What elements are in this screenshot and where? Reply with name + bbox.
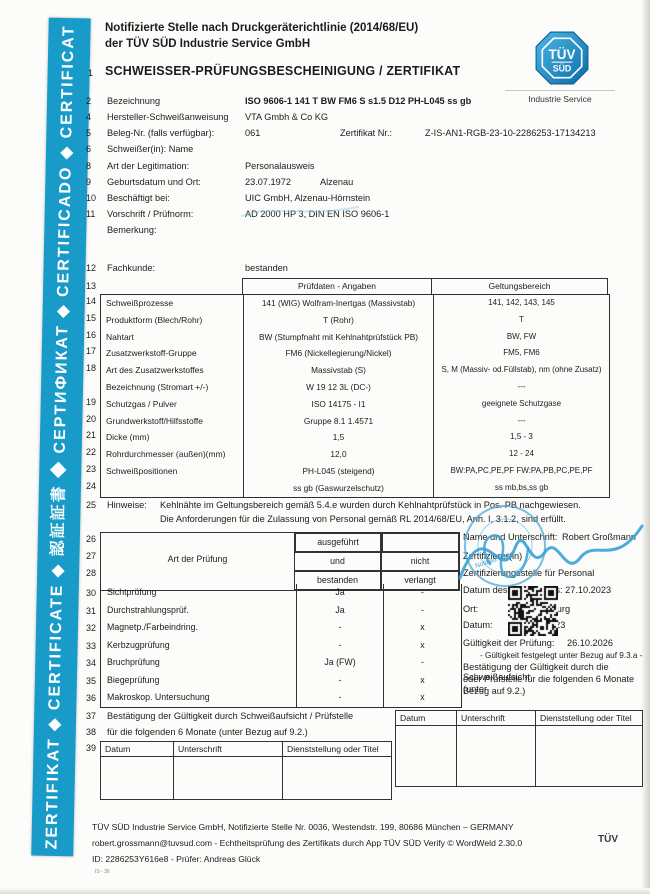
confirmation-table-right: Datum Unterschrift Dienststellung oder T… xyxy=(395,710,643,787)
table-cell: Gruppe 8.1 1.4571 xyxy=(243,413,433,430)
label-schweisser-name: Schweißer(in): Name xyxy=(107,144,193,154)
table-cell xyxy=(101,480,243,497)
row-no-36: 36 xyxy=(86,693,96,703)
table-cell: Bezeichnung (Stromart +/-) xyxy=(101,379,243,396)
row-no-26: 26 xyxy=(86,534,96,544)
value-validity: 26.10.2026 xyxy=(567,638,613,648)
row-no-25: 25 xyxy=(86,500,96,510)
table-cell: --- xyxy=(433,379,609,396)
label-beschaeftigt: Beschäftigt bei: xyxy=(107,193,170,203)
empty-cell xyxy=(536,726,643,787)
label-bezeichnung: Bezeichnung xyxy=(107,96,160,106)
empty-cell xyxy=(396,726,457,787)
empty-cell xyxy=(174,757,283,800)
row-no-20: 20 xyxy=(86,414,96,424)
row-no-33: 33 xyxy=(86,641,96,651)
main-table-header: Prüfdaten - Angaben Geltungsbereich xyxy=(242,278,608,295)
value-legitimation: Personalausweis xyxy=(245,161,314,171)
table-cell: Sichtprüfung xyxy=(101,584,296,602)
table-cell: Magnetp./Farbeindring. xyxy=(101,619,296,637)
confirmation-line1: Bestätigung der Gültigkeit durch Schweiß… xyxy=(107,711,353,721)
validity-row: Gültigkeit der Prüfung: 26.10.2026 xyxy=(463,638,613,648)
label-legitimation: Art der Legitimation: xyxy=(107,161,189,171)
table-cell: Ja xyxy=(296,602,383,620)
table-cell: Grundwerkstoff/Hilfsstoffe xyxy=(101,413,243,430)
signature-scribble xyxy=(460,526,642,578)
table-cell: PH-L045 (steigend) xyxy=(243,463,433,480)
tuv-sud-logo: TÜV SÜD xyxy=(534,30,590,86)
table-cell: Schweißprozesse xyxy=(101,295,243,312)
row-no-19: 19 xyxy=(86,397,96,407)
table-cell: 141 (WIG) Wolfram-Inertgas (Massivstab) xyxy=(243,295,433,312)
table-cell: Bruchprüfung xyxy=(101,654,296,672)
header-line: ausgeführt xyxy=(295,533,381,552)
row-no-5: 5 xyxy=(86,128,91,138)
row-no-6: 6 xyxy=(86,144,91,154)
table-cell: S, M (Massiv- od.Füllstab), nm (ohne Zus… xyxy=(433,362,609,379)
table-cell: FM6 (Nickellegierung/Nickel) xyxy=(243,345,433,362)
row-no-23: 23 xyxy=(86,464,96,474)
label-hinweise: Hinweise: xyxy=(107,500,147,510)
validity-note1: - Gültigkeit festgelegt unter Bezug auf … xyxy=(480,651,642,660)
ribbon-text: ZERTIFIKAT ◆ CERTIFICATE ◆ 認証証書 ◆ СЕРТИФ… xyxy=(31,18,91,857)
row-no-16: 16 xyxy=(86,330,96,340)
empty-cell xyxy=(101,757,174,800)
table-cell: FM5, FM6 xyxy=(433,345,609,362)
value-bezeichnung: ISO 9606-1 141 T BW FM6 S s1.5 D12 PH-L0… xyxy=(245,96,471,106)
col-header-art-der-pruefung: Art der Prüfung xyxy=(100,532,295,591)
table-cell: - xyxy=(296,637,383,655)
value-geburtsort: Alzenau xyxy=(320,177,353,187)
form-code: IS - 36 xyxy=(95,869,110,875)
table-cell: Biegeprüfung xyxy=(101,672,296,690)
table-cell: Durchstrahlungsprüf. xyxy=(101,602,296,620)
test-table-header: Art der Prüfung ausgeführt und bestanden… xyxy=(100,532,460,584)
table-cell: x xyxy=(383,619,461,637)
table-cell: BW:PA,PC,PE,PF FW:PA,PB,PC,PE,PF xyxy=(433,463,609,480)
row-no-39: 39 xyxy=(86,743,96,753)
row-no-17: 17 xyxy=(86,346,96,356)
label-hersteller: Hersteller-Schweißanweisung xyxy=(107,112,229,122)
table-cell: Rohrdurchmesser (außen)(mm) xyxy=(101,446,243,463)
row-no-22: 22 xyxy=(86,447,96,457)
row-no-38: 38 xyxy=(86,727,96,737)
logo-caption: Industrie Service xyxy=(505,94,615,104)
row-no-4: 4 xyxy=(86,112,91,122)
scan-edge-bottom xyxy=(0,888,650,894)
row-no-28: 28 xyxy=(86,568,96,578)
label-bemerkung: Bemerkung: xyxy=(107,225,157,235)
confirmation-line2: für die folgenden 6 Monate (unter Bezug … xyxy=(107,727,308,737)
row-no-15: 15 xyxy=(86,313,96,323)
table-cell: x xyxy=(383,689,461,707)
table-cell: 141, 142, 143, 145 xyxy=(433,295,609,312)
empty-cell xyxy=(283,757,392,800)
col-header-geltungsbereich: Geltungsbereich xyxy=(432,278,608,295)
col-header-datum: Datum xyxy=(101,742,174,757)
row-no-27: 27 xyxy=(86,551,96,561)
table-cell: Nahtart xyxy=(101,329,243,346)
table-cell: ISO 14175 - I1 xyxy=(243,396,433,413)
table-cell: 12 - 24 xyxy=(433,446,609,463)
label-validity: Gültigkeit der Prüfung: xyxy=(463,638,554,648)
table-cell: x xyxy=(383,672,461,690)
table-cell: Schutzgas / Pulver xyxy=(101,396,243,413)
table-cell: Produktform (Blech/Rohr) xyxy=(101,312,243,329)
table-cell: W 19 12 3L (DC-) xyxy=(243,379,433,396)
logo-tuv-text: TÜV xyxy=(549,47,576,62)
col-header-ausgefuehrt: ausgeführt und bestanden xyxy=(295,532,382,591)
row-no-11: 11 xyxy=(86,209,95,219)
value-beleg-nr: 061 xyxy=(245,128,260,138)
table-cell: - xyxy=(383,654,461,672)
table-cell: T xyxy=(433,312,609,329)
col-header-unterschrift: Unterschrift xyxy=(457,711,536,726)
row-no-34: 34 xyxy=(86,658,96,668)
footer-line1: TÜV SÜD Industrie Service GmbH, Notifizi… xyxy=(92,822,514,832)
label-fachkunde: Fachkunde: xyxy=(107,263,155,273)
footer-line2: robert.grossmann@tuvsud.com - Echtheitsp… xyxy=(92,838,522,848)
table-cell: T (Rohr) xyxy=(243,312,433,329)
table-cell: Kerbzugprüfung xyxy=(101,637,296,655)
row-no-9: 9 xyxy=(86,177,91,187)
table-cell: --- xyxy=(433,413,609,430)
row-no-13: 13 xyxy=(86,281,96,291)
footer-tuv-mark: TÜV xyxy=(598,834,618,845)
row-no-35: 35 xyxy=(86,676,96,686)
value-geburtsdatum: 23.07.1972 xyxy=(245,177,291,187)
row-no-37: 37 xyxy=(86,711,96,721)
label-pruefnorm: Vorschrift / Prüfnorm: xyxy=(107,209,193,219)
logo-divider xyxy=(505,90,615,91)
table-cell: 12,0 xyxy=(243,446,433,463)
value-zertifikat-nr: Z-IS-AN1-RGB-23-10-2286253-17134213 xyxy=(425,128,596,138)
table-cell: Massivstab (S) xyxy=(243,362,433,379)
row-no-1: 1 xyxy=(88,68,93,78)
certificate-page: ZERTIFIKAT ◆ CERTIFICATE ◆ 認証証書 ◆ СЕРТИФ… xyxy=(0,0,650,894)
row-no-10: 10 xyxy=(86,193,96,203)
table-cell: Schweißpositionen xyxy=(101,463,243,480)
pen-mark xyxy=(240,202,360,220)
label-beleg-nr: Beleg-Nr. (falls verfügbar): xyxy=(107,128,214,138)
label-zertifikat-nr: Zertifikat Nr.: xyxy=(340,128,392,138)
table-cell: BW (Stumpfnaht mit Kehlnahtprüfstück PB) xyxy=(243,329,433,346)
confirmation-table-left: Datum Unterschrift Dienststellung oder T… xyxy=(100,741,392,800)
row-no-30: 30 xyxy=(86,588,96,598)
col-header-pruefdaten: Prüfdaten - Angaben xyxy=(242,278,432,295)
value-fachkunde: bestanden xyxy=(245,263,288,273)
notified-body-line2: der TÜV SÜD Industrie Service GmbH xyxy=(105,38,310,50)
table-cell: geeignete Schutzgase xyxy=(433,396,609,413)
logo-sud-text: SÜD xyxy=(553,63,572,73)
table-cell: Makroskop. Untersuchung xyxy=(101,689,296,707)
empty-cell xyxy=(457,726,536,787)
col-header-dienststellung: Dienststellung oder Titel xyxy=(283,742,392,757)
table-cell: Dicke (mm) xyxy=(101,429,243,446)
table-cell: Zusatzwerkstoff-Gruppe xyxy=(101,345,243,362)
row-no-31: 31 xyxy=(86,606,96,616)
side-ribbon: ZERTIFIKAT ◆ CERTIFICATE ◆ 認証証書 ◆ СЕРТИФ… xyxy=(31,18,91,857)
row-no-12: 12 xyxy=(86,263,96,273)
table-cell: Ja (FW) xyxy=(296,654,383,672)
row-no-8: 8 xyxy=(86,161,91,171)
label-geburtsdatum: Geburtsdatum und Ort: xyxy=(107,177,201,187)
test-table: Sichtprüfung Ja - Durchstrahlungsprüf. J… xyxy=(100,584,462,708)
main-table: Schweißprozesse 141 (WIG) Wolfram-Inertg… xyxy=(100,294,610,498)
scan-edge-right xyxy=(642,0,650,894)
table-cell: - xyxy=(296,619,383,637)
footer-line3: ID: 2286253Y616e8 - Prüfer: Andreas Glüc… xyxy=(92,854,260,864)
validity-note4: Bezug auf 9.2.) xyxy=(463,686,525,696)
row-no-32: 32 xyxy=(86,623,96,633)
header-line: und xyxy=(295,552,381,571)
table-cell: Art des Zusatzwerkstoffes xyxy=(101,362,243,379)
table-cell: - xyxy=(296,672,383,690)
signature-stamp: Notified Body xyxy=(430,492,650,607)
table-cell: 1,5 xyxy=(243,429,433,446)
row-no-18: 18 xyxy=(86,363,96,373)
table-cell: 1,5 - 3 xyxy=(433,429,609,446)
col-header-unterschrift: Unterschrift xyxy=(174,742,283,757)
table-cell: ss gb (Gaswurzelschutz) xyxy=(243,480,433,497)
page-title: SCHWEISSER-PRÜFUNGSBESCHEINIGUNG / ZERTI… xyxy=(105,64,460,78)
notified-body-line1: Notifizierte Stelle nach Druckgeräterich… xyxy=(105,22,418,34)
table-cell: Ja xyxy=(296,584,383,602)
label-datum: Datum: xyxy=(463,620,493,630)
table-cell: BW, FW xyxy=(433,329,609,346)
table-cell: - xyxy=(296,689,383,707)
table-cell: x xyxy=(383,637,461,655)
value-hersteller: VTA Gmbh & Co KG xyxy=(245,112,328,122)
tuv-octagon-icon: TÜV SÜD xyxy=(534,30,590,86)
col-header-dienststellung: Dienststellung oder Titel xyxy=(536,711,643,726)
col-header-datum: Datum xyxy=(396,711,457,726)
row-no-2: 2 xyxy=(86,96,91,106)
row-no-24: 24 xyxy=(86,481,96,491)
row-no-14: 14 xyxy=(86,296,96,306)
row-no-21: 21 xyxy=(86,430,96,440)
